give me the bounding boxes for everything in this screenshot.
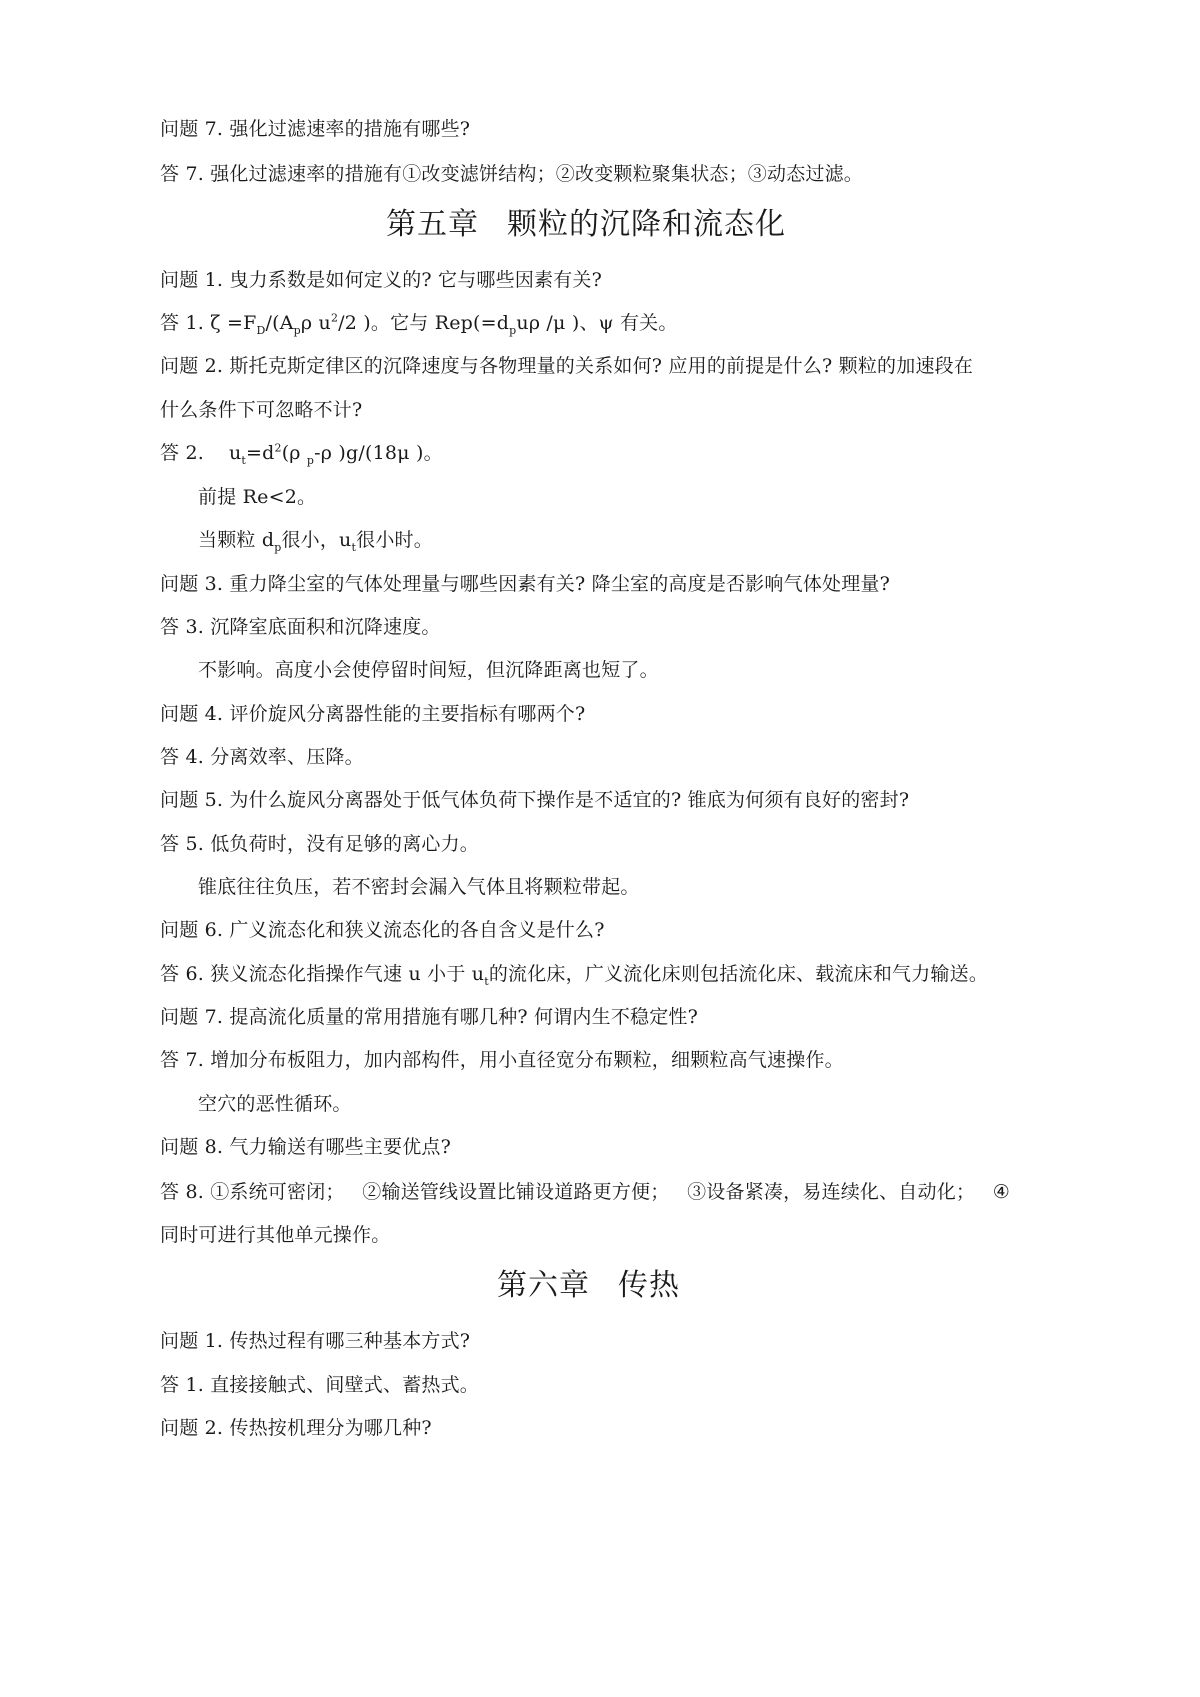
- ch5-question-1: 问题 1. 曳力系数是如何定义的? 它与哪些因素有关?: [160, 268, 602, 292]
- ch5-answer-7: 答 7. 增加分布板阻力，加内部构件，用小直径宽分布颗粒，细颗粒高气速操作。: [160, 1048, 844, 1072]
- chapter-5-number: 第五章: [386, 207, 479, 242]
- ch5-question-2-line-2: 什么条件下可忽略不计?: [160, 398, 362, 422]
- ch5-answer-1: 答 1. ζ =FD/(Apρ u2/2 )。它与 Rep(=dpuρ /μ )…: [160, 311, 678, 335]
- ch5-answer-3-extra: 不影响。高度小会使停留时间短，但沉降距离也短了。: [198, 658, 659, 682]
- chapter-6-title: 第六章传热: [497, 1268, 680, 1304]
- ch5-answer-7-extra: 空穴的恶性循环。: [198, 1092, 352, 1116]
- ch5-answer-5-extra: 锥底往往负压，若不密封会漏入气体且将颗粒带起。: [198, 875, 640, 899]
- answer-7-filtration: 答 7. 强化过滤速率的措施有①改变滤饼结构；②改变颗粒聚集状态；③动态过滤。: [160, 162, 863, 186]
- ch5-answer-2-condition: 当颗粒 dp很小，ut很小时。: [198, 528, 433, 552]
- ch5-question-7: 问题 7. 提高流化质量的常用措施有哪几种? 何谓内生不稳定性?: [160, 1005, 698, 1029]
- chapter-6-name: 传热: [618, 1268, 680, 1303]
- ch5-answer-4: 答 4. 分离效率、压降。: [160, 745, 364, 769]
- ch6-question-2: 问题 2. 传热按机理分为哪几种?: [160, 1416, 432, 1440]
- chapter-6-number: 第六章: [497, 1268, 590, 1303]
- ch5-answer-6: 答 6. 狭义流态化指操作气速 u 小于 ut的流化床，广义流化床则包括流化床、…: [160, 962, 988, 986]
- ch6-answer-1: 答 1. 直接接触式、间壁式、蓄热式。: [160, 1373, 479, 1397]
- question-7-filtration: 问题 7. 强化过滤速率的措施有哪些?: [160, 117, 470, 141]
- ch5-answer-5: 答 5. 低负荷时，没有足够的离心力。: [160, 832, 479, 856]
- ch5-question-3: 问题 3. 重力降尘室的气体处理量与哪些因素有关? 降尘室的高度是否影响气体处理…: [160, 572, 890, 596]
- ch5-question-2-line-1: 问题 2. 斯托克斯定律区的沉降速度与各物理量的关系如何? 应用的前提是什么? …: [160, 354, 973, 378]
- ch5-answer-8-line-1: 答 8. ①系统可密闭； ②输送管线设置比铺设道路更方便； ③设备紧凑，易连续化…: [160, 1180, 1010, 1204]
- chapter-5-title: 第五章颗粒的沉降和流态化: [386, 207, 786, 243]
- ch5-question-6: 问题 6. 广义流态化和狭义流态化的各自含义是什么?: [160, 918, 605, 942]
- document-page: 问题 7. 强化过滤速率的措施有哪些? 答 7. 强化过滤速率的措施有①改变滤饼…: [0, 0, 1200, 1697]
- chapter-5-name: 颗粒的沉降和流态化: [507, 207, 786, 242]
- ch5-answer-2-premise: 前提 Re<2。: [198, 485, 316, 509]
- ch5-answer-8-line-2: 同时可进行其他单元操作。: [160, 1223, 390, 1247]
- ch5-question-5: 问题 5. 为什么旋风分离器处于低气体负荷下操作是不适宜的? 锥底为何须有良好的…: [160, 788, 909, 812]
- ch5-question-8: 问题 8. 气力输送有哪些主要优点?: [160, 1135, 451, 1159]
- ch5-answer-2-formula: 答 2. ut=d2(ρ p-ρ )g/(18μ )。: [160, 441, 443, 465]
- ch5-question-4: 问题 4. 评价旋风分离器性能的主要指标有哪两个?: [160, 702, 585, 726]
- ch6-question-1: 问题 1. 传热过程有哪三种基本方式?: [160, 1329, 470, 1353]
- ch5-answer-3: 答 3. 沉降室底面积和沉降速度。: [160, 615, 441, 639]
